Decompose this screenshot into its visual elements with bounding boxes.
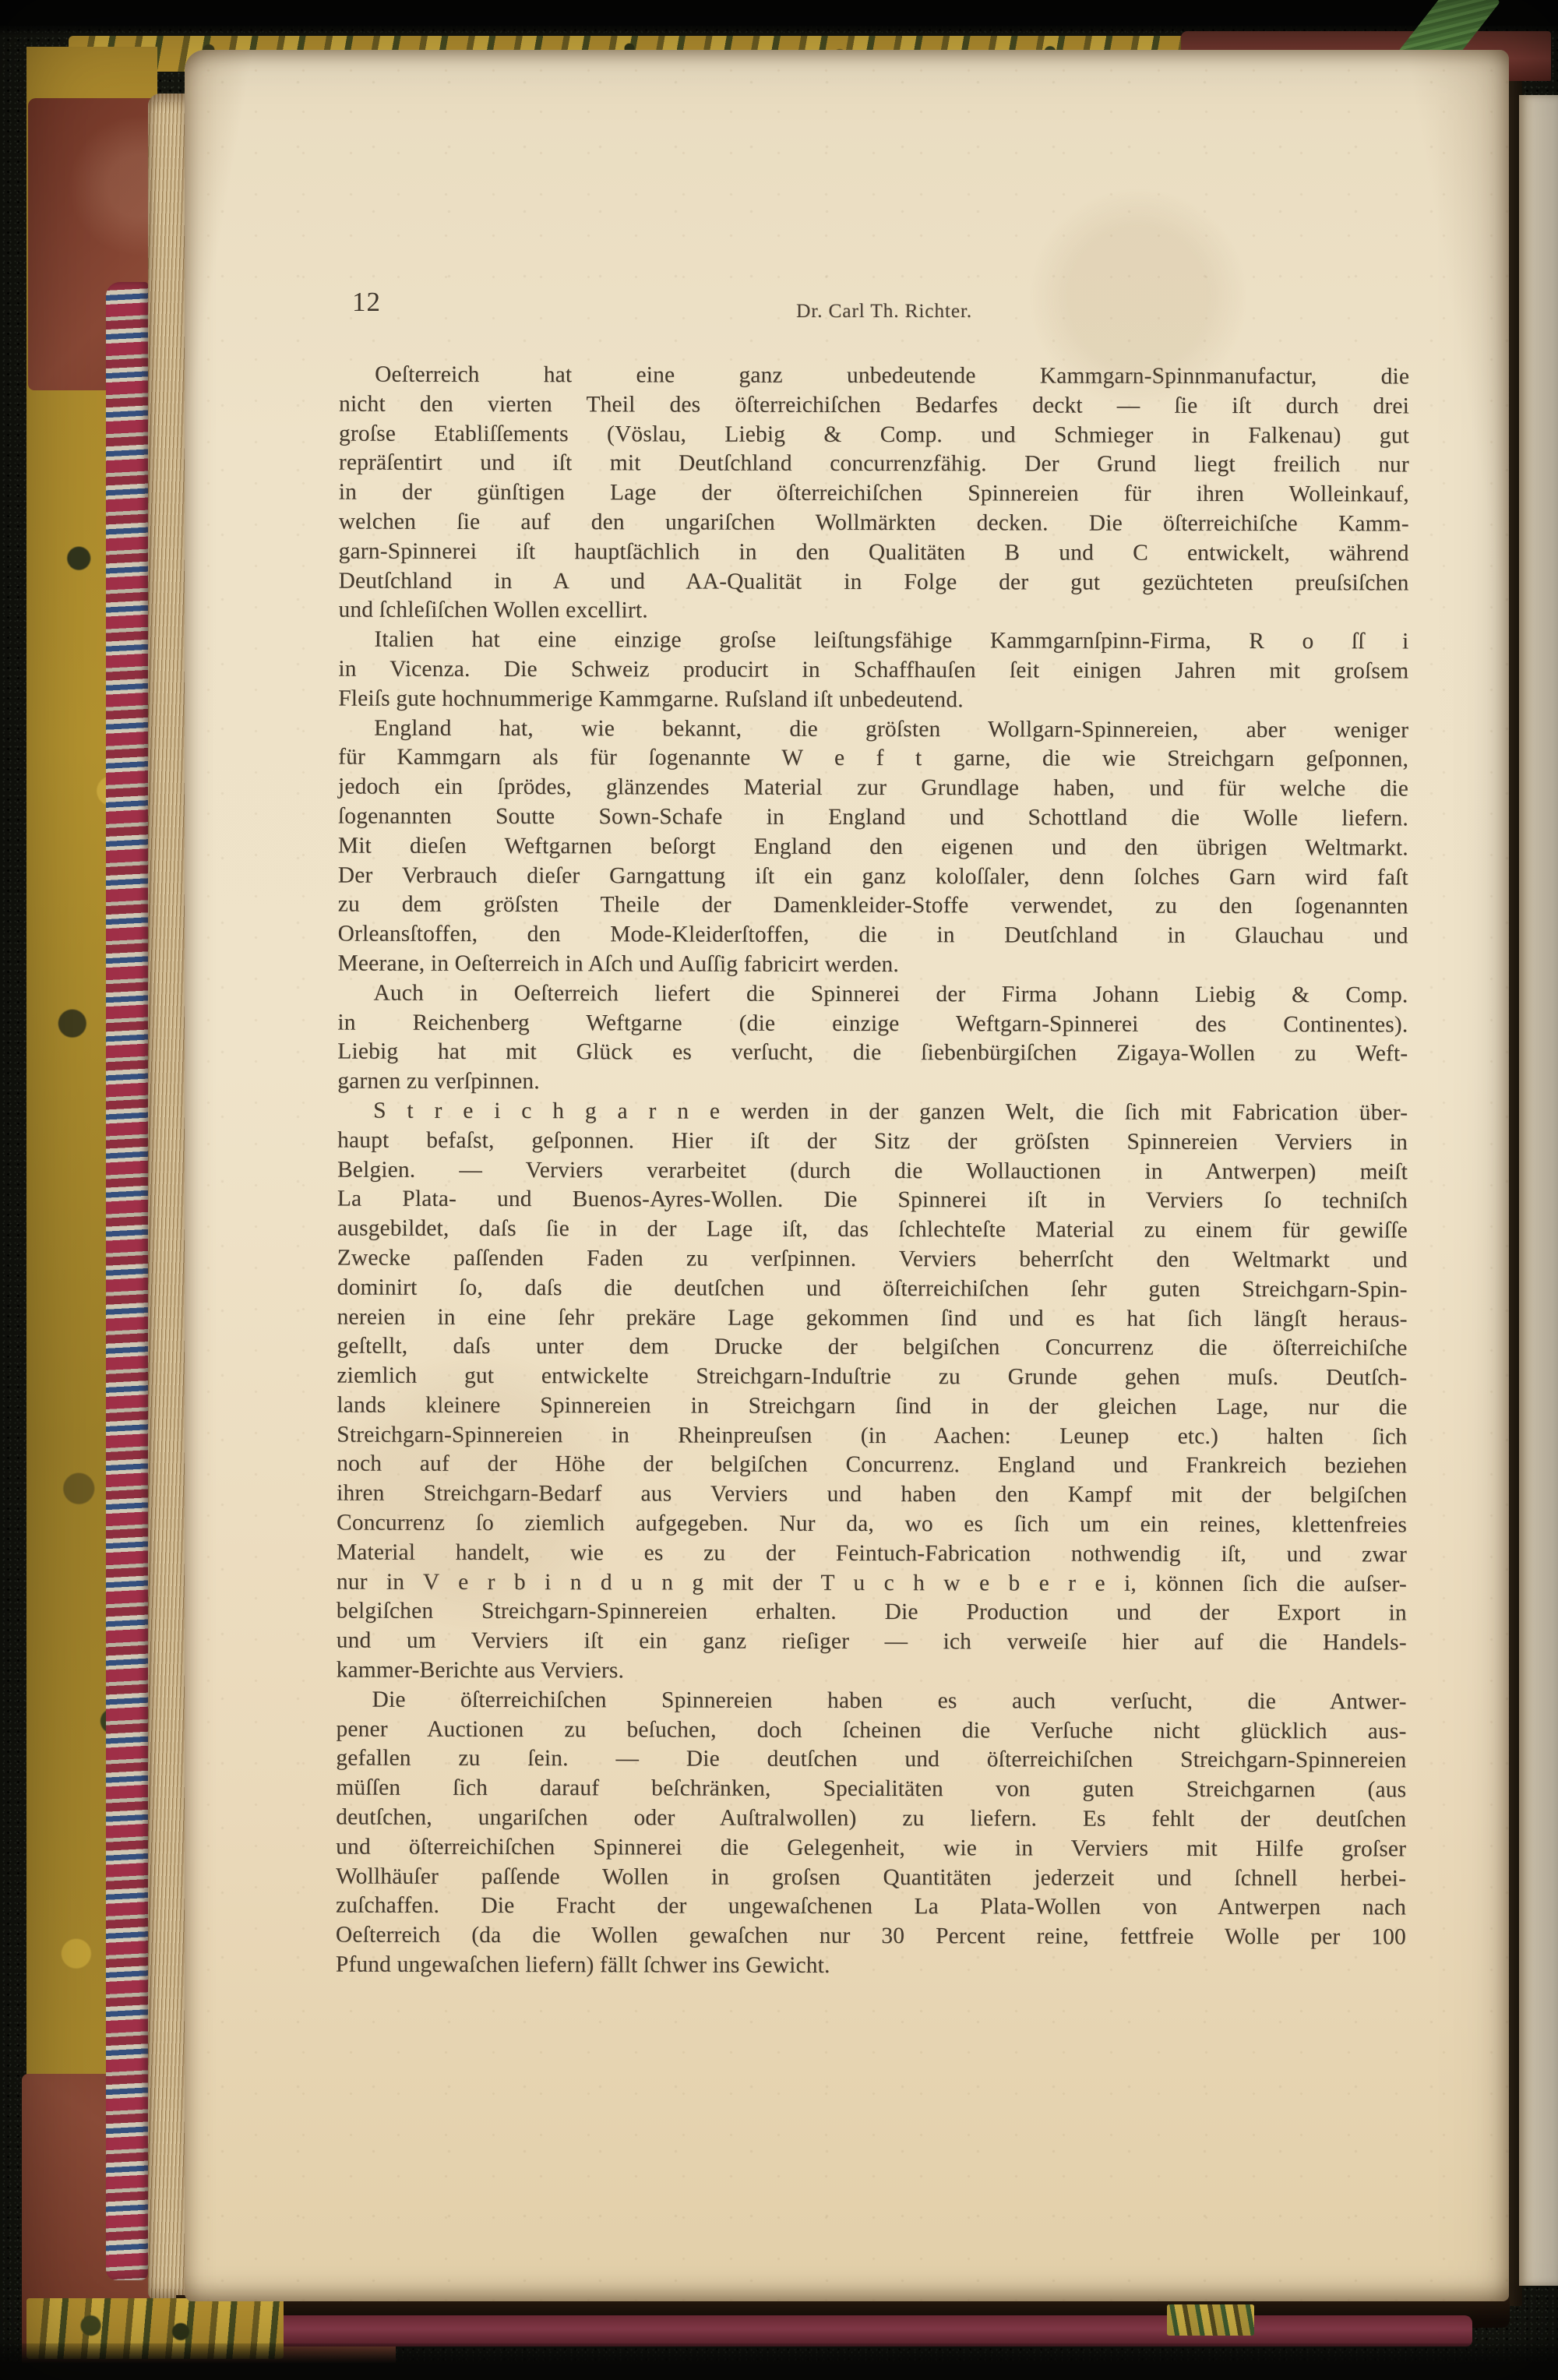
text-line: nereien in eine ſehr prekäre Lage gekomm… — [337, 1303, 1408, 1335]
text-line: Belgien. — Verviers verarbeitet (durch d… — [337, 1155, 1408, 1187]
background-bottom-band — [0, 2343, 1558, 2380]
text-line: Oeſterreich hat eine ganz unbedeutende K… — [339, 361, 1409, 393]
text-line: in Vicenza. Die Schweiz producirt in Sch… — [338, 655, 1408, 687]
text-line: müſſen ſich darauf beſchränken, Speciali… — [336, 1774, 1406, 1806]
text-line: Pfund ungewaſchen liefern) fällt ſchwer … — [336, 1951, 1406, 1983]
text-line: ziemlich gut entwickelte Streichgarn-Ind… — [337, 1362, 1407, 1394]
text-line: für Kammgarn als für ſogenannte W e f t … — [338, 743, 1408, 775]
running-header: Dr. Carl Th. Richter. — [689, 299, 1079, 323]
paragraph: Italien hat eine einzige groſse leiſtung… — [338, 626, 1408, 716]
text-line: deutſchen, ungariſchen oder Auſtralwolle… — [336, 1804, 1406, 1835]
paragraph: England hat, wie bekannt, die gröſsten W… — [338, 714, 1409, 981]
text-line: belgiſchen Streichgarn-Spinnereien erhal… — [337, 1597, 1407, 1629]
text-line: kammer-Berichte aus Verviers. — [337, 1656, 1407, 1688]
text-line: groſse Etabliſſements (Vöslau, Liebig & … — [339, 419, 1409, 451]
stacked-page-edges — [148, 93, 189, 2300]
text-line: La Plata- und Buenos-Ayres-Wollen. Die S… — [337, 1185, 1408, 1217]
text-line: Auch in Oeſterreich liefert die Spinnere… — [337, 978, 1408, 1010]
marbled-scrap-bottom-mid — [1167, 2304, 1254, 2336]
text-line: haupt befaſst, geſponnen. Hier iſt der S… — [337, 1126, 1408, 1158]
text-line: zu dem gröſsten Theile der Damenkleider-… — [338, 890, 1408, 922]
text-line: England hat, wie bekannt, die gröſsten W… — [338, 714, 1408, 746]
page-number: 12 — [352, 287, 381, 318]
text-line: dominirt ſo, daſs die deutſchen und öſte… — [337, 1273, 1408, 1305]
text-line: repräſentirt und iſt mit Deutſchland con… — [339, 449, 1409, 481]
paragraph: Oeſterreich hat eine ganz unbedeutende K… — [338, 361, 1409, 628]
text-line: garn-Spinnerei iſt hauptſächlich in den … — [339, 537, 1409, 569]
text-line: Material handelt, wie es zu der Feintuch… — [337, 1538, 1407, 1570]
text-line: Oeſterreich (da die Wollen gewaſchen nur… — [336, 1921, 1406, 1953]
text-line: und um Verviers iſt ein ganz rieſiger — … — [337, 1627, 1407, 1659]
facing-page-sliver — [1519, 95, 1558, 2286]
text-line: Italien hat eine einzige groſse leiſtung… — [338, 626, 1408, 658]
text-line: Der Verbrauch dieſer Garngattung iſt ein… — [338, 861, 1408, 893]
text-block: Oeſterreich hat eine ganz unbedeutende K… — [336, 361, 1409, 1983]
text-line: zuſchaffen. Die Fracht der ungewaſchenen… — [336, 1892, 1406, 1923]
text-line: ihren Streichgarn-Bedarf aus Verviers un… — [337, 1479, 1407, 1511]
text-line: nur in V e r b i n d u n g mit der T u c… — [337, 1567, 1407, 1599]
text-line: noch auf der Höhe der belgiſchen Concurr… — [337, 1450, 1407, 1482]
text-line: in Reichenberg Weftgarne (die einzige We… — [337, 1008, 1408, 1040]
book-page: 12 Dr. Carl Th. Richter. Oeſterreich hat… — [185, 50, 1509, 2301]
text-line: jedoch ein ſprödes, glänzendes Material … — [338, 773, 1408, 805]
text-line: und ſchleſiſchen Wollen excellirt. — [338, 596, 1408, 628]
text-line: ausgebildet, daſs ſie in der Lage iſt, d… — [337, 1215, 1408, 1246]
text-line: Streichgarn-Spinnereien in Rheinpreuſsen… — [337, 1420, 1407, 1452]
text-line: Fleiſs gute hochnummerige Kammgarne. Ruſ… — [338, 684, 1408, 716]
text-line: Mit dieſen Weftgarnen beſorgt England de… — [338, 831, 1408, 863]
text-line: und öſterreichiſchen Spinnerei die Geleg… — [336, 1832, 1406, 1864]
book-scan-photo: { "book": { "page_number": "12", "runnin… — [0, 0, 1558, 2380]
text-line: Liebig hat mit Glück es verſucht, die ſi… — [337, 1038, 1408, 1070]
text-line: welchen ſie auf den ungariſchen Wollmärk… — [339, 508, 1409, 540]
text-line: Deutſchland in A und AA-Qualität in Folg… — [339, 566, 1409, 598]
text-line: Die öſterreichiſchen Spinnereien haben e… — [337, 1685, 1407, 1717]
text-line: Wollhäuſer paſſende Wollen in groſsen Qu… — [336, 1862, 1406, 1894]
text-line: Concurrenz ſo ziemlich aufgegeben. Nur d… — [337, 1509, 1407, 1541]
text-line: garnen zu verſpinnen. — [337, 1067, 1408, 1099]
text-line: Zwecke paſſenden Faden zu verſpinnen. Ve… — [337, 1243, 1408, 1275]
text-line: ſogenannten Soutte Sown-Schafe in Englan… — [338, 802, 1408, 834]
text-line: gefallen zu ſein. — Die deutſchen und öſ… — [336, 1744, 1406, 1776]
cover-bottom-edge — [238, 2315, 1472, 2347]
text-line: in der günſtigen Lage der öſterreichiſch… — [339, 478, 1409, 510]
paragraph: S t r e i c h g a r n e werden in der ga… — [337, 1096, 1408, 1687]
fanned-marbled-page-edges — [106, 282, 148, 2280]
text-line: nicht den vierten Theil des öſterreichiſ… — [339, 390, 1409, 421]
text-line: geſtellt, daſs unter dem Drucke der belg… — [337, 1332, 1407, 1364]
text-line: pener Auctionen zu beſuchen, doch ſchein… — [336, 1715, 1406, 1747]
text-line: S t r e i c h g a r n e werden in der ga… — [337, 1096, 1408, 1128]
text-line: Orleansſtoffen, den Mode-Kleiderſtoffen,… — [338, 920, 1408, 952]
paragraph: Die öſterreichiſchen Spinnereien haben e… — [336, 1685, 1407, 1982]
paragraph: Auch in Oeſterreich liefert die Spinnere… — [337, 978, 1408, 1098]
text-line: Meerane, in Oeſterreich in Aſch und Auſſ… — [338, 949, 1408, 981]
text-line: lands kleinere Spinnereien in Streichgar… — [337, 1391, 1407, 1423]
